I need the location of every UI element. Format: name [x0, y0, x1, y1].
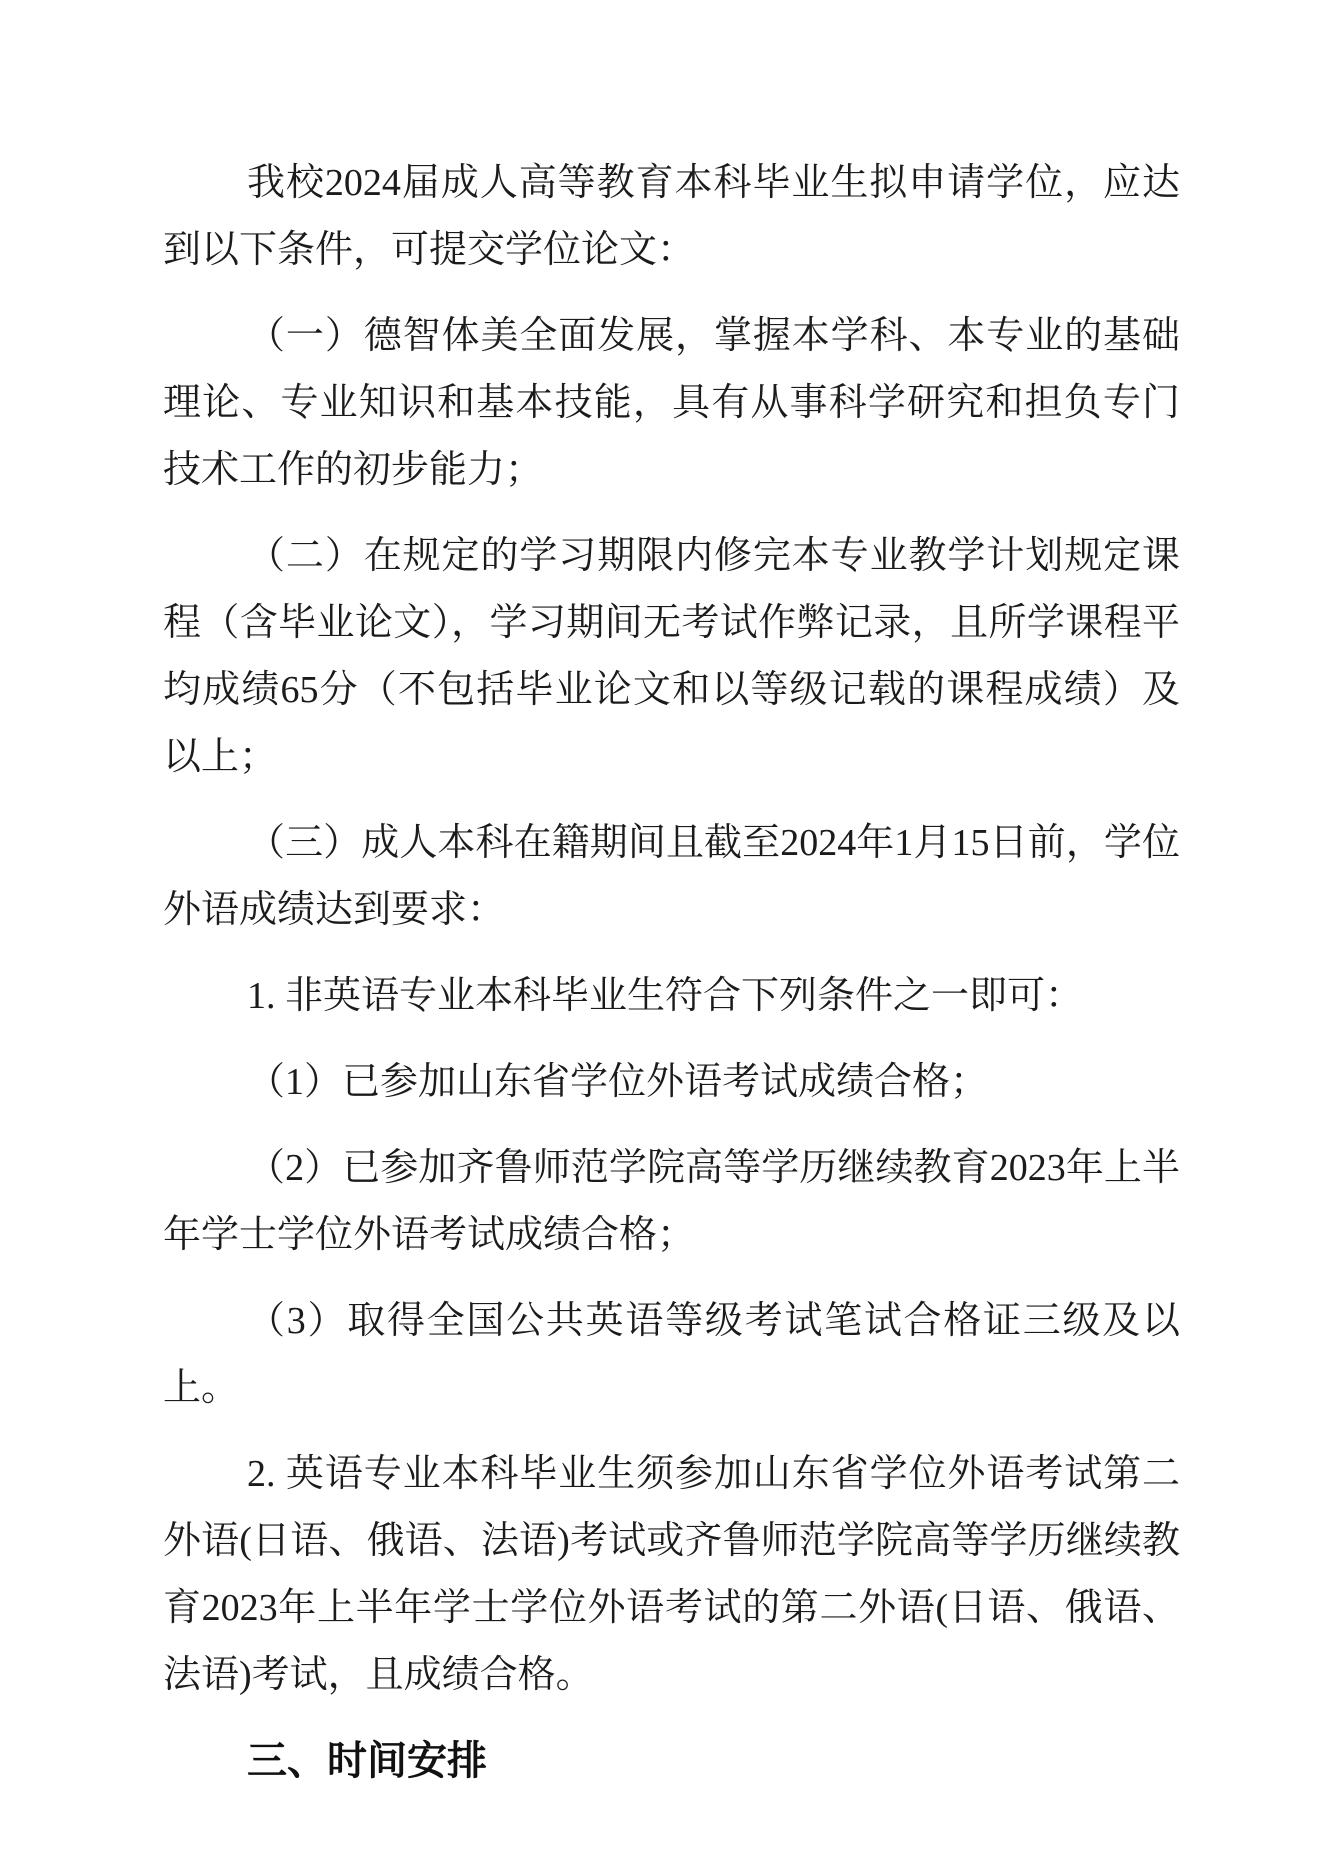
- paragraph-option-2: （2）已参加齐鲁师范学院高等学历继续教育2023年上半年学士学位外语考试成绩合格…: [163, 1135, 1180, 1269]
- paragraph-condition-1: （一）德智体美全面发展，掌握本学科、本专业的基础理论、专业知识和基本技能，具有从…: [163, 303, 1180, 504]
- document-body: 我校2024届成人高等教育本科毕业生拟申请学位，应达到以下条件，可提交学位论文：…: [163, 150, 1180, 1795]
- paragraph-condition-2: （二）在规定的学习期限内修完本专业教学计划规定课程（含毕业论文），学习期间无考试…: [163, 523, 1180, 791]
- paragraph-option-3: （3）取得全国公共英语等级考试笔试合格证三级及以上。: [163, 1288, 1180, 1422]
- paragraph-condition-3: （三）成人本科在籍期间且截至2024年1月15日前，学位外语成绩达到要求：: [163, 810, 1180, 944]
- section-heading-time-arrangement: 三、时间安排: [163, 1728, 1180, 1795]
- paragraph-option-1: （1）已参加山东省学位外语考试成绩合格；: [163, 1049, 1180, 1116]
- paragraph-english-major: 2. 英语专业本科毕业生须参加山东省学位外语考试第二外语(日语、俄语、法语)考试…: [163, 1441, 1180, 1709]
- paragraph-nonenglish-major: 1. 非英语专业本科毕业生符合下列条件之一即可：: [163, 963, 1180, 1030]
- document-page: 我校2024届成人高等教育本科毕业生拟申请学位，应达到以下条件，可提交学位论文：…: [0, 0, 1323, 1871]
- paragraph-intro: 我校2024届成人高等教育本科毕业生拟申请学位，应达到以下条件，可提交学位论文：: [163, 150, 1180, 284]
